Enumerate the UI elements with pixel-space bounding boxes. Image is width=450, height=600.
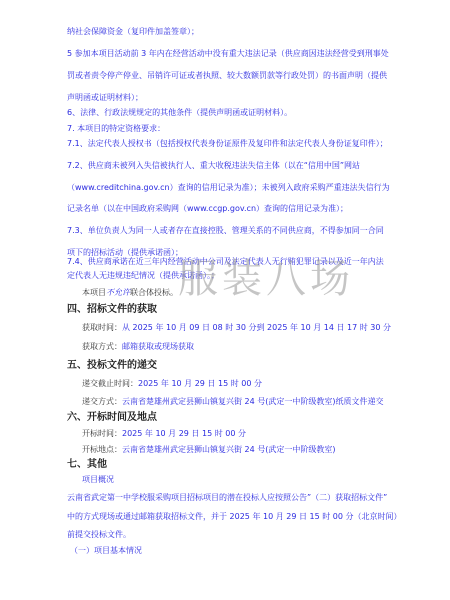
opening-place-label: 开标地点： (82, 445, 122, 454)
submit-deadline-value: 2025 年 10 月 29 日 15 时 00 分 (138, 379, 262, 388)
opening-place-row: 开标地点：云南省楚雄州武定县狮山镇复兴街 24 号(武定一中阶级教室) (82, 445, 336, 455)
paragraph-line: 纳社会保障资金（复印件加盖签章）； (67, 27, 199, 37)
paragraph-line: 记录名单（以在中国政府采购网（www.ccgp.gov.cn）查询的信用记录为准… (67, 204, 348, 214)
paragraph-line: 云南省武定第一中学校服采购项目招标项目的潜在投标人应按照公告”（二）获取招标文件… (67, 493, 387, 503)
acquire-time-value: 从 2025 年 10 月 09 日 08 时 30 分到 2025 年 10 … (122, 323, 391, 332)
acquire-time-label: 获取时间： (82, 323, 122, 332)
submit-deadline-label: 递交截止时间： (82, 379, 138, 388)
consortium-suffix: 联合体投标。 (130, 288, 178, 297)
paragraph-line: 7. 本项目的特定资格要求： (67, 124, 165, 134)
document-page: 纳社会保障资金（复印件加盖签章）； 5 参加本项目活动前 3 年内在经营活动中没… (0, 0, 450, 600)
paragraph-line: 6、法律、行政法规规定的其他条件（提供声明函或证明材料）。 (67, 108, 292, 118)
submit-method-value: 云南省楚雄州武定县狮山镇复兴街 24 号(武定一中阶级教室)纸质文件递交 (122, 397, 384, 406)
acquire-method-label: 获取方式： (82, 342, 122, 351)
subsection-heading: （一）项目基本情况 (70, 546, 142, 556)
paragraph-line: 中的方式现场或通过邮箱获取招标文件，并于 2025 年 10 月 29 日 15… (67, 512, 402, 522)
project-overview-label: 项目概况 (82, 475, 114, 485)
opening-time-value: 2025 年 10 月 29 日 15 时 00 分 (122, 429, 246, 438)
section-heading-6: 六、开标时间及地点 (67, 412, 157, 424)
submit-deadline-row: 递交截止时间：2025 年 10 月 29 日 15 时 00 分 (82, 379, 262, 389)
paragraph-line: 7.2、供应商未被列入失信被执行人、重大收税违法失信主体（以在“信用中国”网站 (67, 161, 360, 171)
acquire-time-row: 获取时间：从 2025 年 10 月 09 日 08 时 30 分到 2025 … (82, 323, 391, 333)
opening-time-label: 开标时间： (82, 429, 122, 438)
paragraph-line: 声明函或证明材料）； (67, 93, 143, 103)
paragraph-line: 定代表人无违规违纪情况（提供承诺函）。； (67, 271, 219, 281)
consortium-statement: 本项目不允许联合体投标。 (82, 288, 178, 298)
opening-time-row: 开标时间：2025 年 10 月 29 日 15 时 00 分 (82, 429, 246, 439)
paragraph-line: 罚或者责令停产停业、吊销许可证或者执照、较大数额罚款等行政处罚）的书面声明（提供 (67, 71, 387, 81)
submit-method-row: 递交方式：云南省楚雄州武定县狮山镇复兴街 24 号(武定一中阶级教室)纸质文件递… (82, 397, 384, 407)
consortium-prefix: 本项目 (82, 288, 106, 297)
paragraph-line: 前提交投标文件。 (67, 530, 131, 540)
section-heading-4: 四、招标文件的获取 (67, 304, 157, 316)
section-heading-7: 七、其他 (67, 459, 107, 471)
acquire-method-row: 获取方式：邮箱获取或现场获取 (82, 342, 194, 352)
opening-place-value: 云南省楚雄州武定县狮山镇复兴街 24 号(武定一中阶级教室) (122, 445, 336, 454)
submit-method-label: 递交方式： (82, 397, 122, 406)
paragraph-line: 7.1、法定代表人授权书（包括授权代表身份证原件及复印件和法定代表人身份证复印件… (67, 139, 388, 149)
acquire-method-value: 邮箱获取或现场获取 (122, 342, 194, 351)
consortium-value: 不允许 (106, 288, 130, 297)
paragraph-line: 5 参加本项目活动前 3 年内在经营活动中没有重大违法记录（供应商因违法经营受到… (67, 49, 389, 59)
paragraph-line: 7.3、单位负责人为同一人或者存在直接控股、管理关系的不同供应商，不得参加同一合… (67, 226, 384, 236)
section-heading-5: 五、投标文件的递交 (67, 360, 157, 372)
paragraph-line: 7.4、供应商承诺在近三年内经营活动中公司及法定代表人无行贿犯罪记录以及近一年内… (67, 257, 384, 267)
paragraph-line: （www.creditchina.gov.cn）查询的信用记录为准）；未被列入政… (67, 183, 390, 193)
